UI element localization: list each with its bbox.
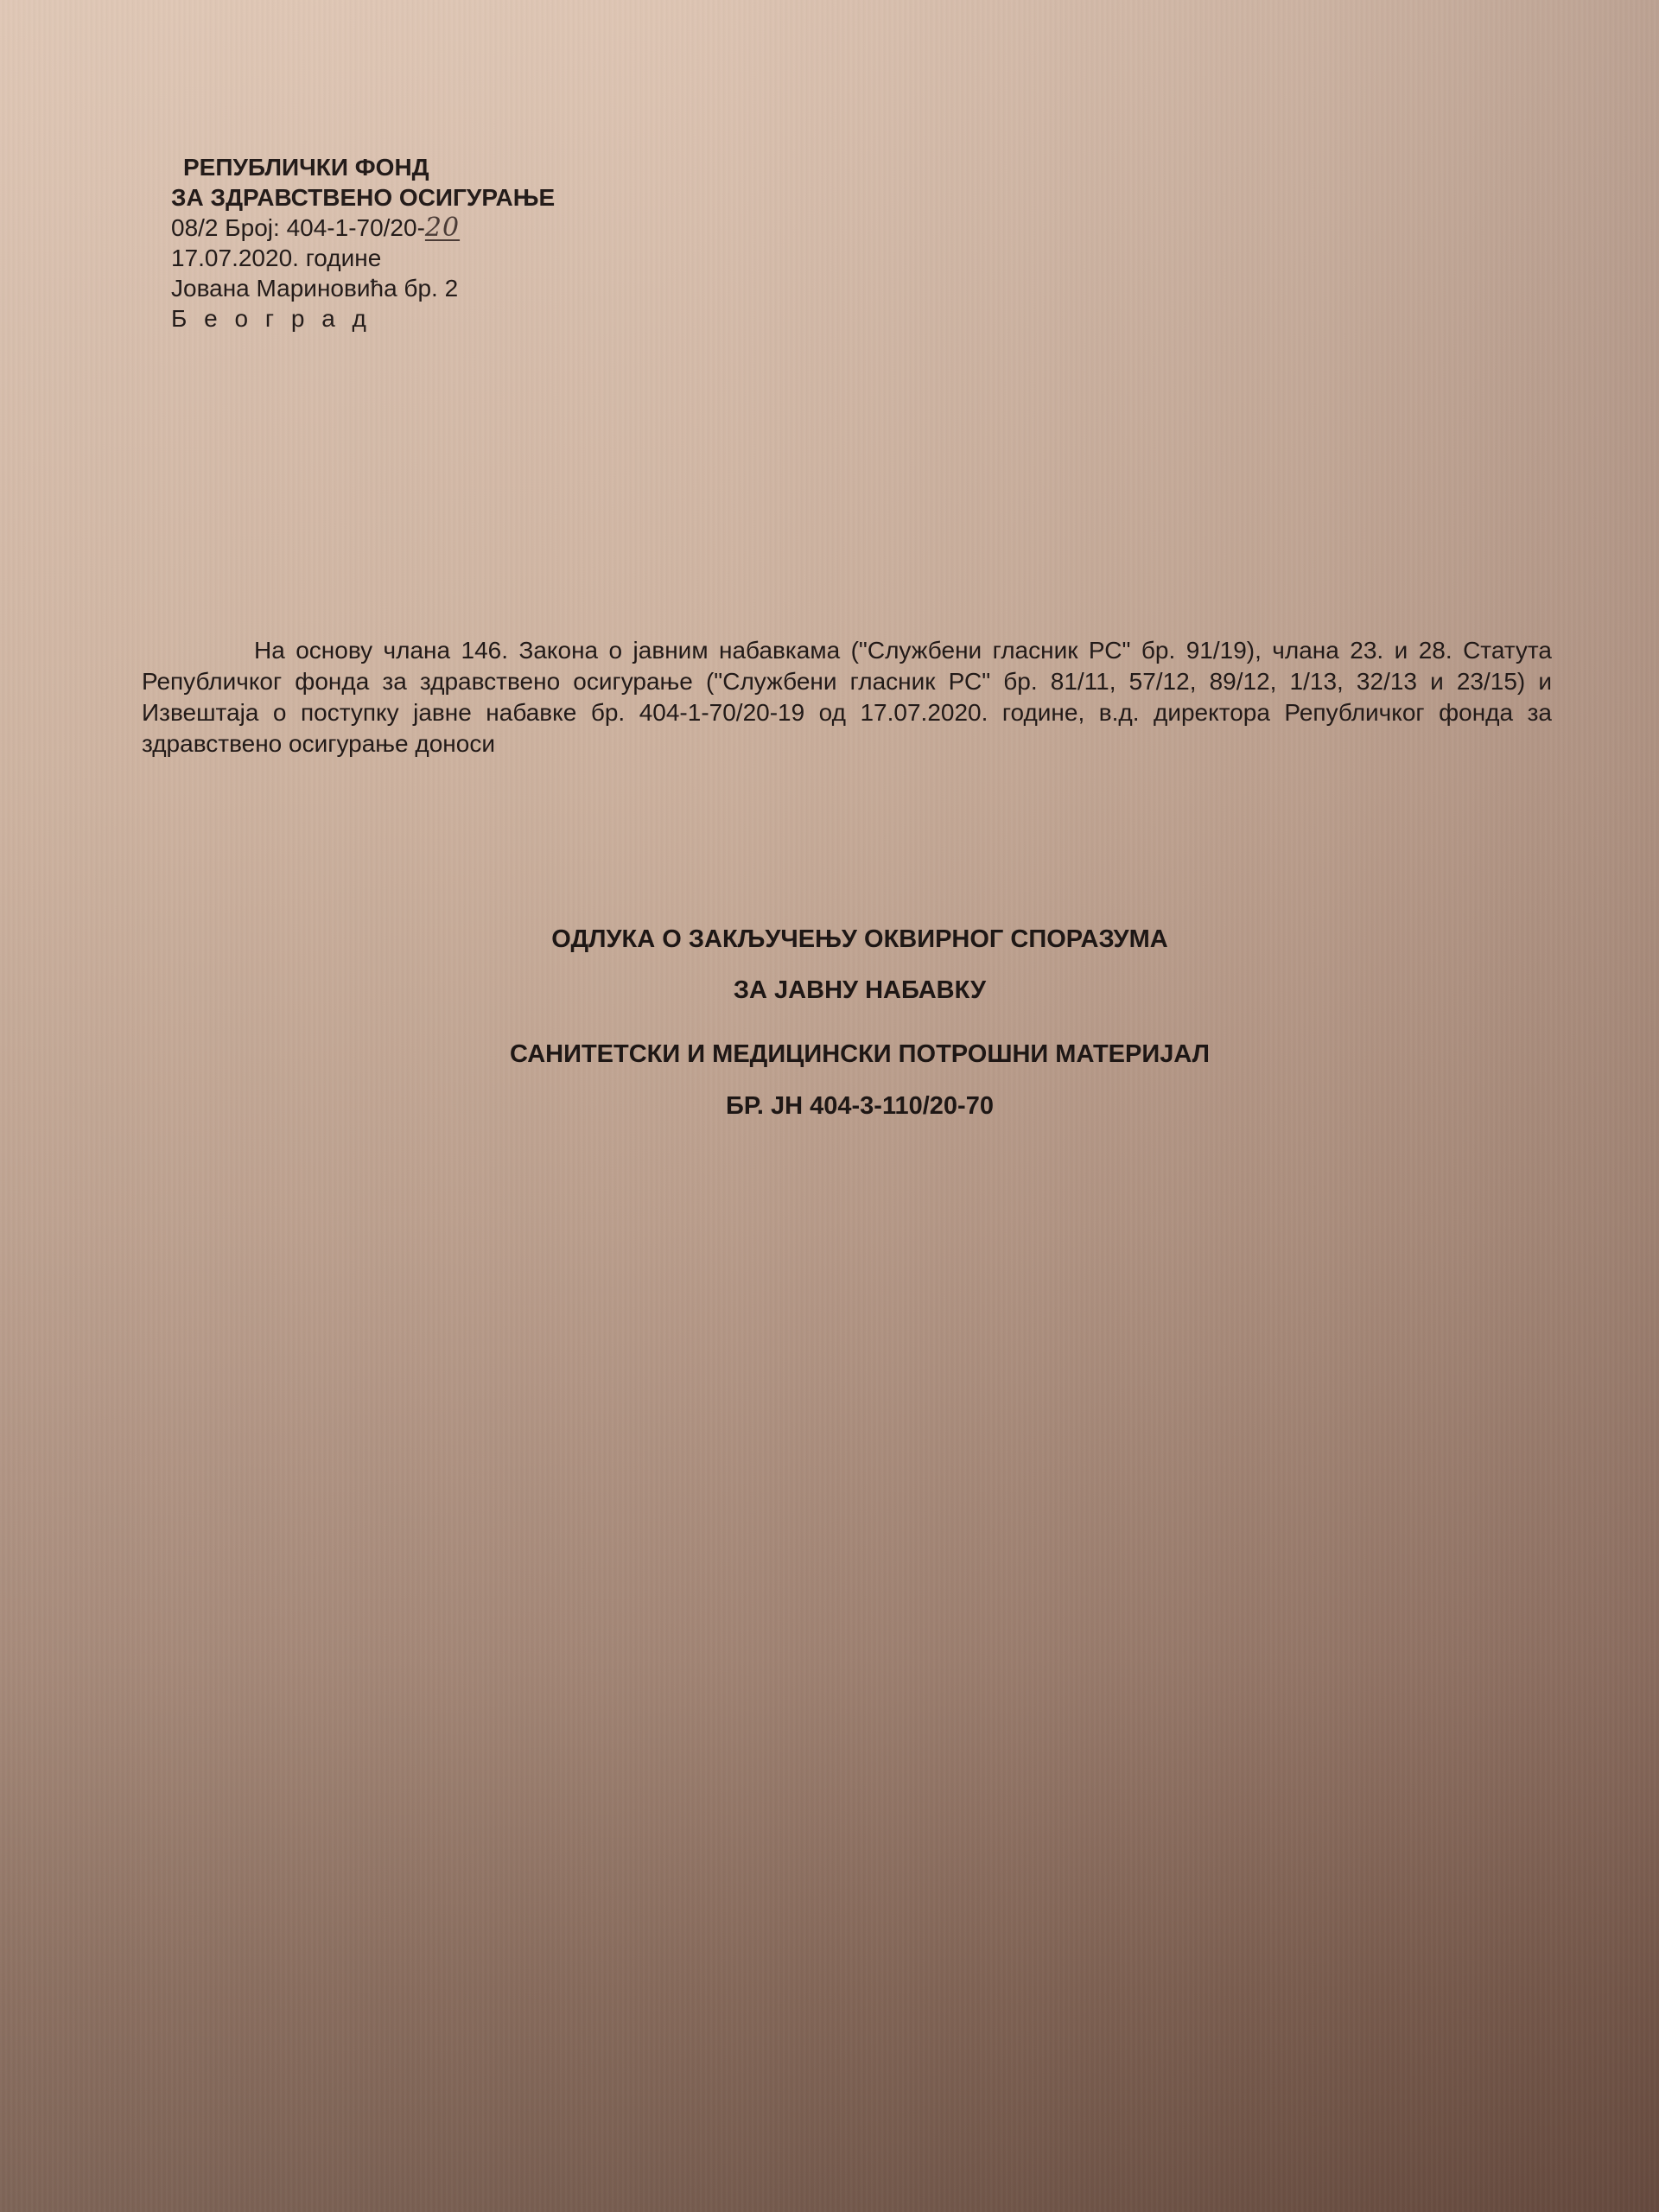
procurement-number: БР. ЈН 404-3-110/20-70	[0, 1092, 1659, 1121]
reference-number-printed: 08/2 Број: 404-1-70/20-	[171, 214, 425, 241]
document-date: 17.07.2020. године	[171, 243, 555, 273]
legal-basis-paragraph: На основу члана 146. Закона о јавним наб…	[142, 635, 1552, 760]
organization-name-line2: ЗА ЗДРАВСТВЕНО ОСИГУРАЊЕ	[171, 182, 555, 213]
procurement-subject: САНИТЕТСКИ И МЕДИЦИНСКИ ПОТРОШНИ МАТЕРИЈ…	[0, 1040, 1659, 1069]
city: Б е о г р а д	[171, 303, 555, 334]
reference-number: 08/2 Број: 404-1-70/20-20	[171, 213, 555, 243]
decision-subtitle: ЗА ЈАВНУ НАБАВКУ	[0, 976, 1659, 1005]
address: Јована Мариновића бр. 2	[171, 273, 555, 303]
reference-number-handwritten: 20	[425, 213, 460, 243]
organization-name-line1: РЕПУБЛИЧКИ ФОНД	[171, 152, 555, 182]
document-header: РЕПУБЛИЧКИ ФОНД ЗА ЗДРАВСТВЕНО ОСИГУРАЊЕ…	[171, 152, 555, 334]
decision-title: ОДЛУКА О ЗАКЉУЧЕЊУ ОКВИРНОГ СПОРАЗУМА	[0, 925, 1659, 954]
